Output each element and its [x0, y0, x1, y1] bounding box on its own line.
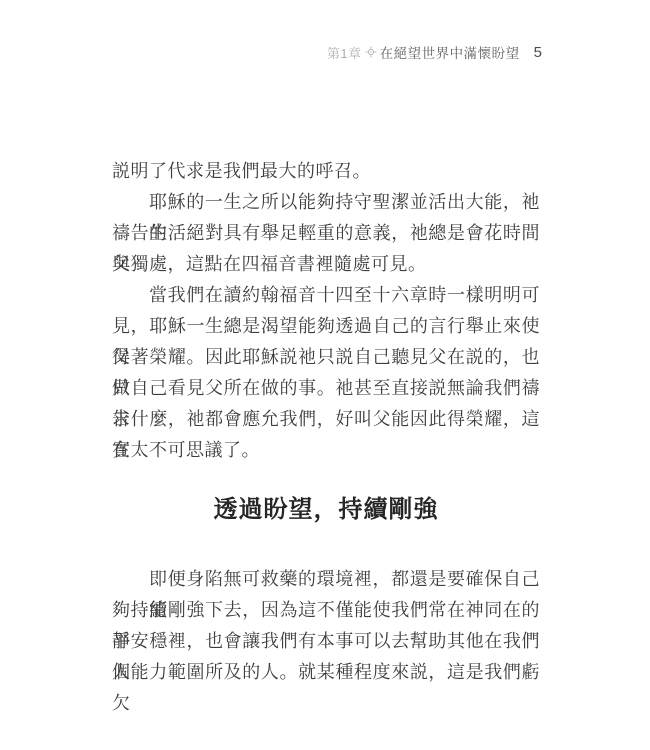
body-line: 父獨處，這點在四福音書裡隨處可見。: [112, 249, 540, 280]
page-header: 第1章 在絕望世界中滿懷盼望 5: [112, 42, 542, 62]
body-line: 靜安穩裡，也會讓我們有本事可以去幫助其他在我們個: [112, 626, 540, 657]
body-line: 即便身陷無可救藥的環境裡，都還是要確保自己能: [112, 564, 540, 595]
body-line: 耶穌的一生之所以能夠持守聖潔並活出大能，祂的: [112, 187, 540, 218]
body-line: 禱告生活絕對具有舉足輕重的意義，祂總是會花時間與: [112, 218, 540, 249]
body-line: 人能力範圍所及的人。就某種程度來説，這是我們虧欠: [112, 657, 540, 688]
body-line: 得著榮耀。因此耶穌説祂只説自己聽見父在説的，也只: [112, 342, 540, 373]
section-heading: 透過盼望，持續剛強: [112, 492, 540, 528]
body-line: 在太不可思議了。: [112, 435, 540, 466]
chapter-ornament-icon: [365, 46, 377, 58]
page-number: 5: [534, 44, 542, 61]
body-line: 見，耶穌一生總是渴望能夠透過自己的言行舉止來使父: [112, 311, 540, 342]
book-page: 第1章 在絕望世界中滿懷盼望 5 説明了代求是我們最大的呼召。 耶穌的一生之所以…: [0, 0, 650, 750]
body-line: 求什麼，祂都會應允我們，好叫父能因此得榮耀，這實: [112, 404, 540, 435]
body-line: 説明了代求是我們最大的呼召。: [112, 156, 540, 187]
chapter-title: 在絕望世界中滿懷盼望: [380, 42, 520, 62]
text-column: 説明了代求是我們最大的呼召。 耶穌的一生之所以能夠持守聖潔並活出大能，祂的 禱告…: [112, 156, 540, 688]
chapter-number-label: 第1章: [327, 43, 362, 62]
body-line: 當我們在讀約翰福音十四至十六章時一樣明明可: [112, 280, 540, 311]
body-line: 做自己看見父所在做的事。祂甚至直接説無論我們禱告: [112, 373, 540, 404]
body-line: 夠持續剛強下去，因為這不僅能使我們常在神同在的平: [112, 595, 540, 626]
